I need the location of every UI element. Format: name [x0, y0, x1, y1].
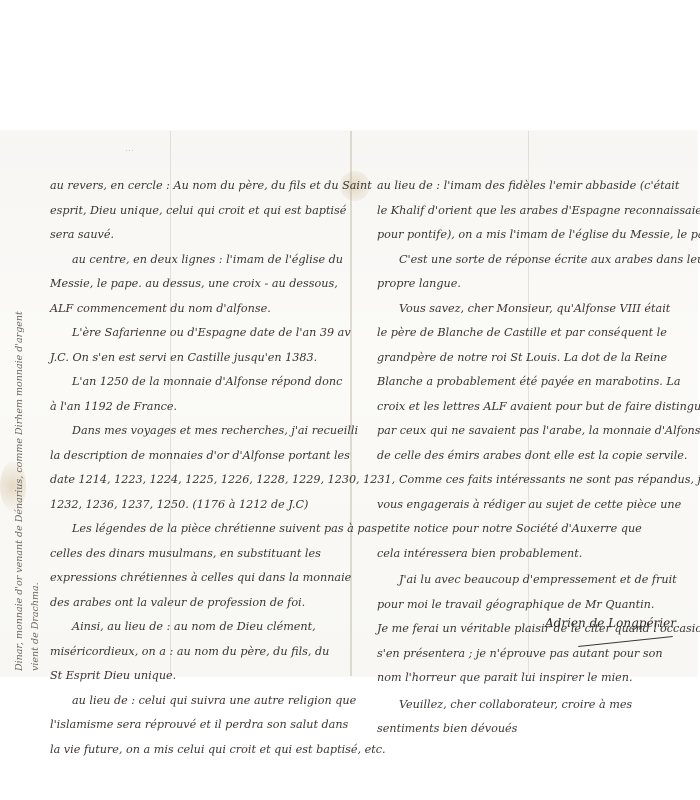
text-line: l'islamisme sera réprouvé et il perdra s… — [50, 713, 355, 738]
text-line: ALF commencement du nom d'alfonse. — [50, 297, 355, 322]
margin-note-line: Dinar, monnaie d'or venant de Dénarius, … — [12, 311, 28, 671]
text-line: J'ai lu avec beaucoup d'empressement et … — [377, 568, 695, 593]
left-column-text: au revers, en cercle : Au nom du père, d… — [50, 174, 355, 762]
faint-header-mark: … — [125, 143, 135, 153]
text-line: sentiments bien dévoués — [377, 717, 695, 742]
text-line: Messie, le pape. au dessus, une croix - … — [50, 272, 355, 297]
text-line: des arabes ont la valeur de profession d… — [50, 591, 355, 616]
text-line: s'en présentera ; je n'éprouve pas autan… — [377, 642, 695, 667]
text-line: Comme ces faits intéressants ne sont pas… — [377, 468, 695, 493]
text-line: la vie future, on a mis celui qui croit … — [50, 738, 355, 763]
text-line: à l'an 1192 de France. — [50, 395, 355, 420]
text-line: celles des dinars musulmans, en substitu… — [50, 542, 355, 567]
text-line: St Esprit Dieu unique. — [50, 664, 355, 689]
text-line: pour pontife), on a mis l'imam de l'égli… — [377, 223, 695, 248]
signature: Adrien de Longpérier — [545, 616, 676, 630]
text-line: le Khalif d'orient que les arabes d'Espa… — [377, 199, 695, 224]
text-line: au centre, en deux lignes : l'imam de l'… — [50, 248, 355, 273]
margin-note-line: vient de Drachma. — [28, 311, 44, 671]
text-line: petite notice pour notre Société d'Auxer… — [377, 517, 695, 542]
text-line: de celle des émirs arabes dont elle est … — [377, 444, 695, 469]
text-line: sera sauvé. — [50, 223, 355, 248]
text-line: propre langue. — [377, 272, 695, 297]
text-line: miséricordieux, on a : au nom du père, d… — [50, 640, 355, 665]
text-line: Les légendes de la pièce chrétienne suiv… — [50, 517, 355, 542]
text-line: au revers, en cercle : Au nom du père, d… — [50, 174, 355, 199]
letter-paper: … Dinar, monnaie d'or venant de Dénarius… — [0, 131, 697, 676]
text-line: croix et les lettres ALF avaient pour bu… — [377, 395, 695, 420]
text-line: expressions chrétiennes à celles qui dan… — [50, 566, 355, 591]
text-line: esprit, Dieu unique, celui qui croit et … — [50, 199, 355, 224]
text-line: par ceux qui ne savaient pas l'arabe, la… — [377, 419, 695, 444]
text-line: Ainsi, au lieu de : au nom de Dieu cléme… — [50, 615, 355, 640]
text-line: grandpère de notre roi St Louis. La dot … — [377, 346, 695, 371]
text-line: L'ère Safarienne ou d'Espagne date de l'… — [50, 321, 355, 346]
text-line: le père de Blanche de Castille et par co… — [377, 321, 695, 346]
text-line: au lieu de : celui qui suivra une autre … — [50, 689, 355, 714]
text-line: pour moi le travail géographique de Mr Q… — [377, 593, 695, 618]
text-line: date 1214, 1223, 1224, 1225, 1226, 1228,… — [50, 468, 355, 493]
text-line: la description de monnaies d'or d'Alfons… — [50, 444, 355, 469]
margin-note: Dinar, monnaie d'or venant de Dénarius, … — [12, 311, 44, 671]
text-line: J.C. On s'en est servi en Castille jusqu… — [50, 346, 355, 371]
text-line: Vous savez, cher Monsieur, qu'Alfonse VI… — [377, 297, 695, 322]
text-line: au lieu de : l'imam des fidèles l'emir a… — [377, 174, 695, 199]
text-line: L'an 1250 de la monnaie d'Alfonse répond… — [50, 370, 355, 395]
text-line: Dans mes voyages et mes recherches, j'ai… — [50, 419, 355, 444]
text-line: vous engagerais à rédiger au sujet de ce… — [377, 493, 695, 518]
text-line: nom l'horreur que parait lui inspirer le… — [377, 666, 695, 691]
text-line: Veuillez, cher collaborateur, croire à m… — [377, 693, 695, 718]
text-line: 1232, 1236, 1237, 1250. (1176 à 1212 de … — [50, 493, 355, 518]
text-line: C'est une sorte de réponse écrite aux ar… — [377, 248, 695, 273]
right-column-text: au lieu de : l'imam des fidèles l'emir a… — [377, 174, 695, 742]
text-line: Blanche a probablement été payée en mara… — [377, 370, 695, 395]
text-line: cela intéressera bien probablement. — [377, 542, 695, 567]
